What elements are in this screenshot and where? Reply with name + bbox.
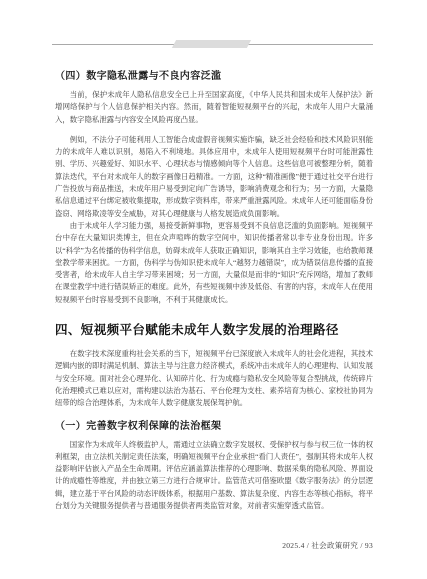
- page-content: （四）数字隐私泄露与不良内容泛滥 当前，保护未成年人隐私信息安全已上升至国家高度…: [55, 67, 373, 512]
- page-footer: 2025.4 / 社会政策研究 / 93: [282, 540, 373, 551]
- subsection-heading-one: （一）完善数字权利保障的法治框架: [55, 417, 373, 432]
- header-divider-parallelogram: [172, 40, 251, 48]
- chapter-heading: 四、短视频平台赋能未成年人数字发展的治理路径: [55, 320, 373, 338]
- paragraph: 由于未成年人学习能力强，易接受新鲜事物，更容易受到不良信息泛滥的负面影响。短视频…: [55, 220, 373, 306]
- subsection-heading-four: （四）数字隐私泄露与不良内容泛滥: [55, 67, 373, 82]
- journal-page: （四）数字隐私泄露与不良内容泛滥 当前，保护未成年人隐私信息安全已上升至国家高度…: [0, 0, 427, 579]
- footer-text: 2025.4 / 社会政策研究 / 93: [282, 541, 373, 550]
- paragraph: 国家作为未成年人终极监护人，需通过立法确立数字发展权、受保护权与参与权三位一体的…: [55, 439, 373, 513]
- paragraph: 例如，不法分子可能利用人工智能合成虚假音视频实施诈骗，缺乏社会经验和技术风险识别…: [55, 134, 373, 220]
- paragraph: 当前，保护未成年人隐私信息安全已上升至国家高度，《中华人民共和国未成年人保护法》…: [55, 89, 373, 126]
- paragraph: 在数字技术深度重构社会关系的当下，短视频平台已深度嵌入未成年人的社会化进程，其技…: [55, 348, 373, 409]
